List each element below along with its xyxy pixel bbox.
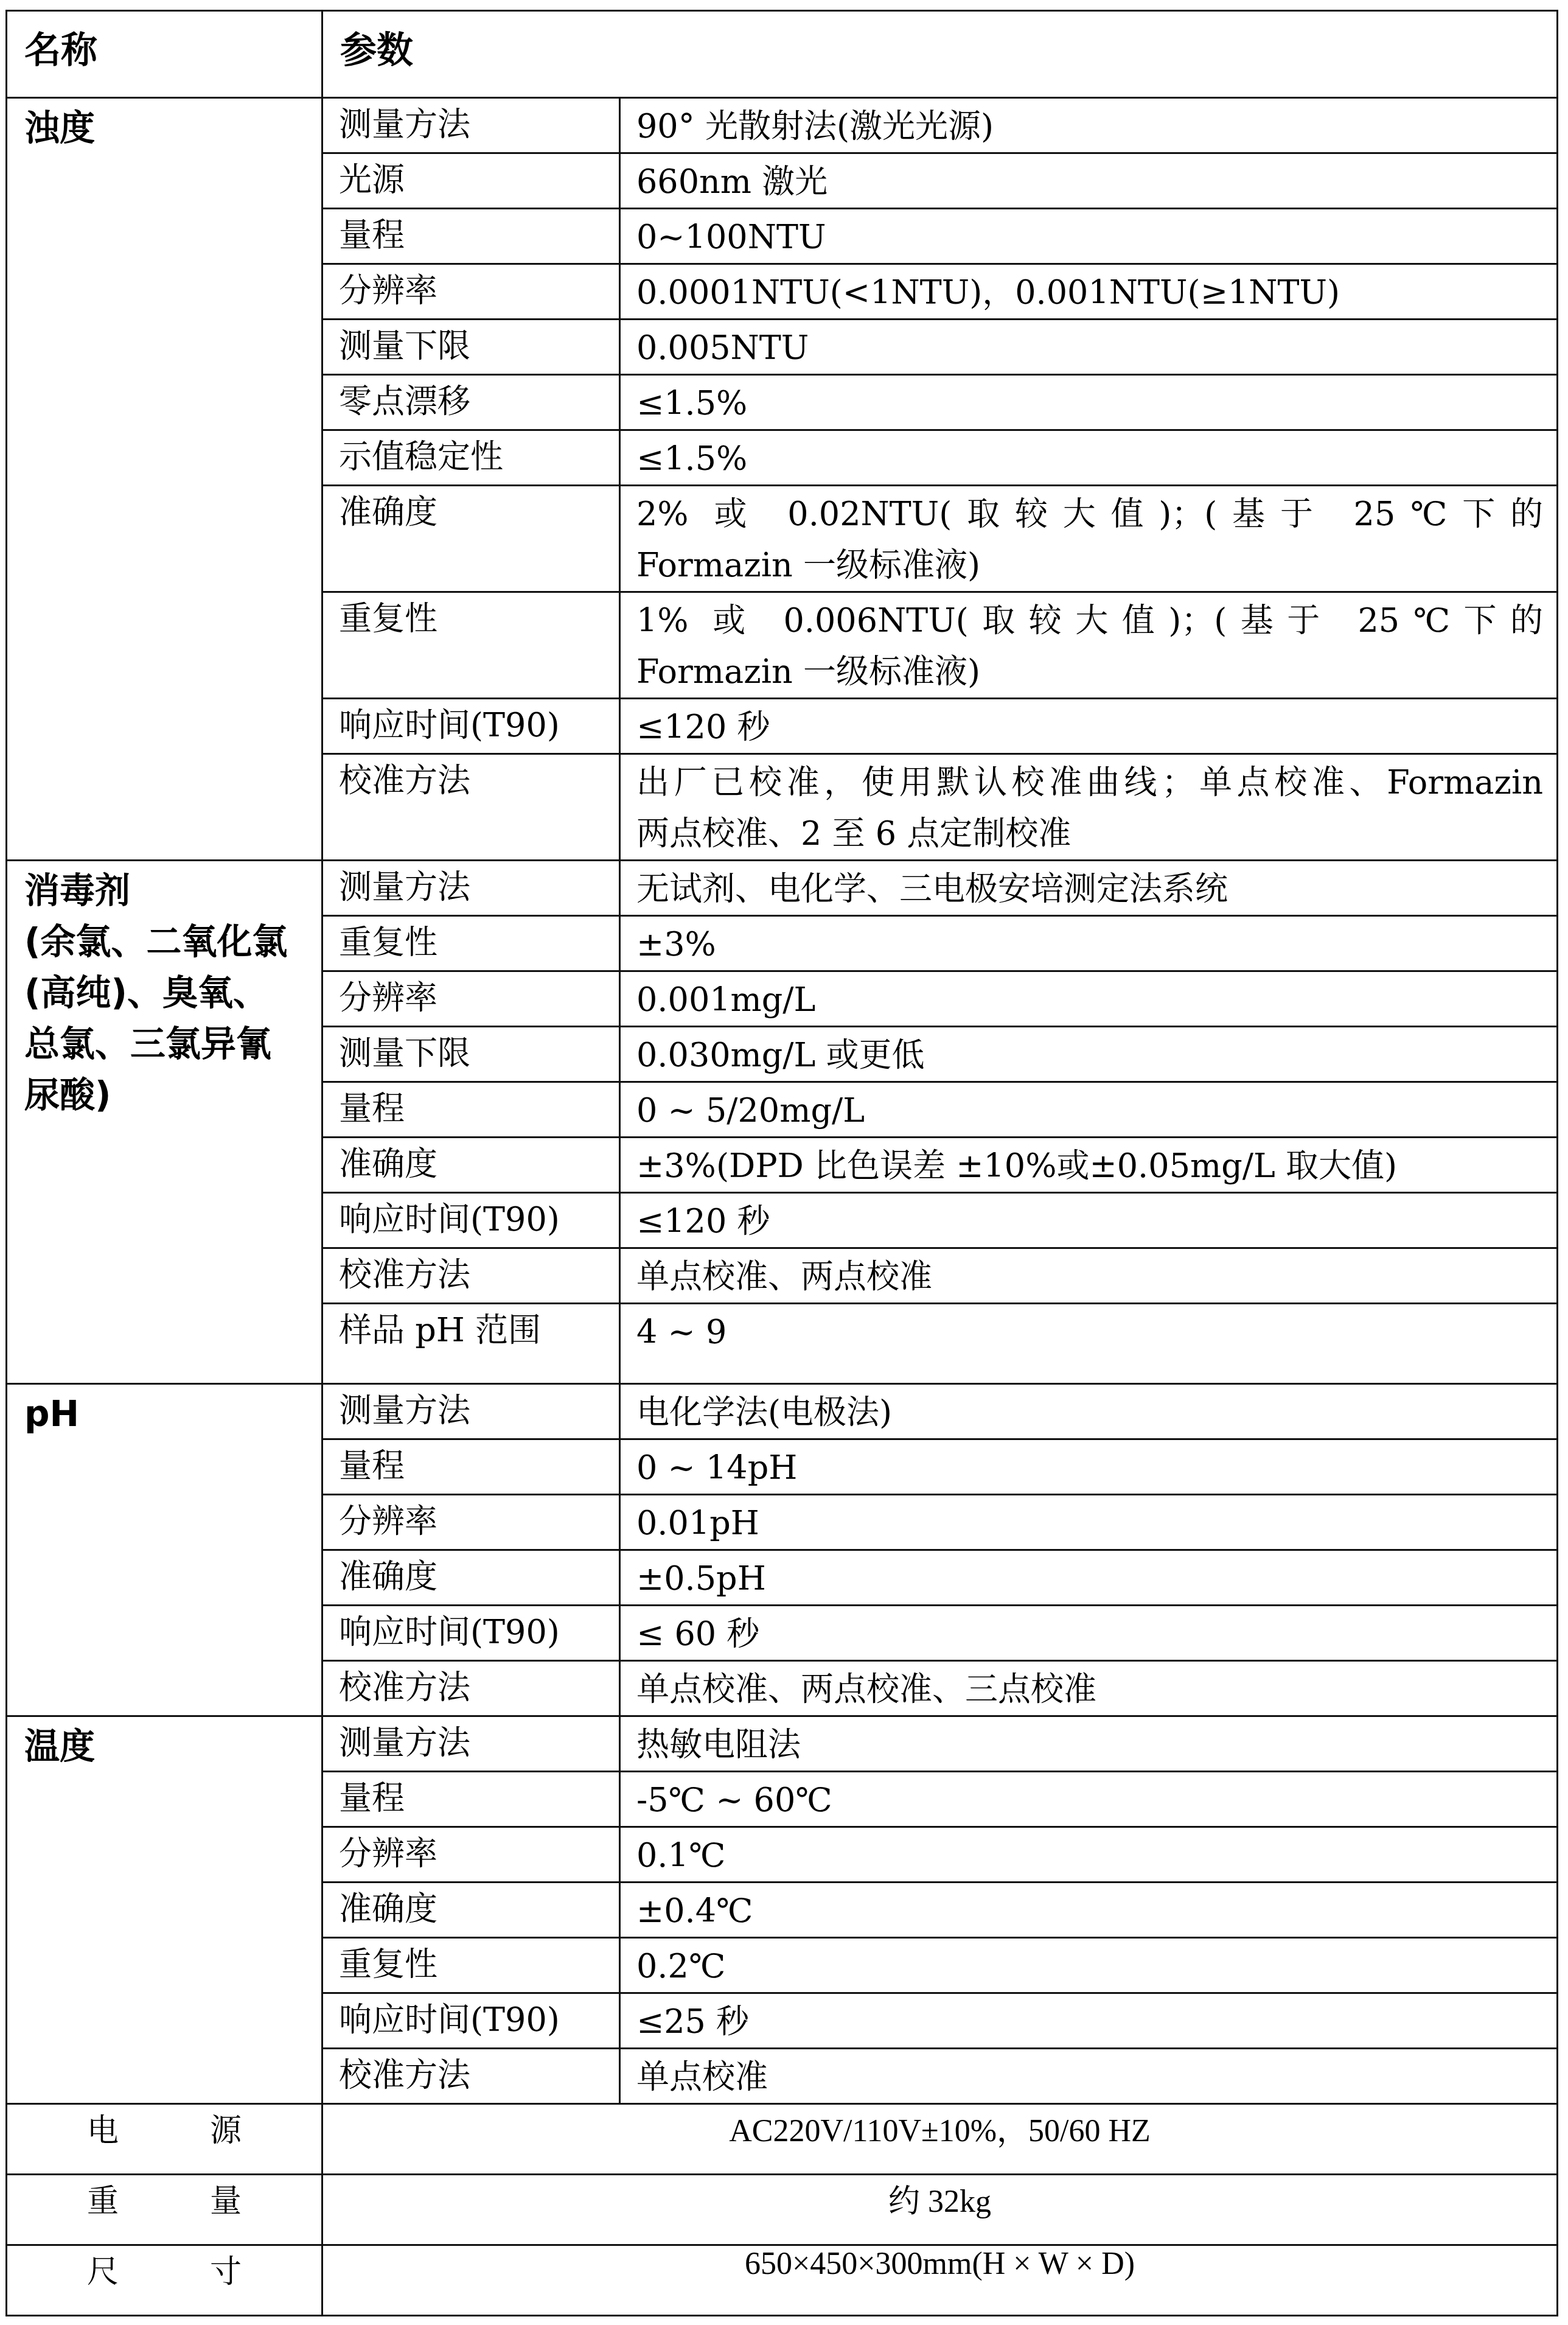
section-disinfectant: 消毒剂 (余氯、二氧化氯 (高纯)、臭氧、 总氯、三氯异氰 尿酸)	[7, 861, 322, 1384]
param-value: ≤1.5%	[621, 376, 1556, 429]
param-label: 校准方法	[323, 2049, 619, 2099]
table-row-dimensions: 尺寸 650×450×300mm(H × W × D)	[7, 2245, 1558, 2316]
param-label: 准确度	[323, 486, 619, 536]
section-name: pH	[7, 1385, 321, 1439]
section-name: 温度	[7, 1717, 321, 1772]
param-label: 重复性	[323, 1939, 619, 1988]
general-label: 尺寸	[7, 2246, 321, 2292]
general-label: 重量	[7, 2175, 321, 2221]
param-value: 660nm 激光	[621, 154, 1556, 208]
table-row-power: 电源 AC220V/110V±10%，50/60 HZ	[7, 2104, 1558, 2175]
param-value: ±0.4℃	[621, 1883, 1556, 1937]
param-label: 响应时间(T90)	[323, 1606, 619, 1656]
param-label: 重复性	[323, 917, 619, 967]
param-label: 准确度	[323, 1551, 619, 1601]
param-label: 示值稳定性	[323, 431, 619, 481]
param-value: ±0.5pH	[621, 1551, 1556, 1604]
param-value: 0 ~ 5/20mg/L	[621, 1083, 1556, 1136]
general-value: 约 32kg	[323, 2175, 1556, 2221]
param-label: 测量方法	[323, 1717, 619, 1767]
general-value: AC220V/110V±10%，50/60 HZ	[323, 2105, 1556, 2150]
param-value: 单点校准	[621, 2049, 1556, 2103]
header-param: 参数	[323, 12, 1556, 74]
param-value: 2% 或 0.02NTU(取较大值)；(基于 25℃下的 Formazin 一级…	[621, 486, 1556, 591]
general-label: 电源	[7, 2105, 321, 2150]
param-label: 样品 pH 范围	[323, 1304, 619, 1354]
general-value: 650×450×300mm(H × W × D)	[323, 2246, 1556, 2282]
param-label: 响应时间(T90)	[323, 1994, 619, 2044]
param-label: 测量下限	[323, 1027, 619, 1077]
param-value: 热敏电阻法	[621, 1717, 1556, 1771]
param-value: 单点校准、两点校准、三点校准	[621, 1662, 1556, 1715]
table-row: pH 测量方法 电化学法(电极法)	[7, 1384, 1558, 1439]
param-value: 0~100NTU	[621, 209, 1556, 263]
param-label: 量程	[323, 1772, 619, 1822]
param-value: 0.001mg/L	[621, 972, 1556, 1026]
param-value: ≤120 秒	[621, 1194, 1556, 1247]
param-value: ≤25 秒	[621, 1994, 1556, 2047]
param-value: 0.030mg/L 或更低	[621, 1027, 1556, 1081]
table-row-weight: 重量 约 32kg	[7, 2175, 1558, 2245]
param-label: 准确度	[323, 1138, 619, 1188]
param-label: 测量方法	[323, 99, 619, 149]
param-label: 响应时间(T90)	[323, 699, 619, 749]
param-value: 0.1℃	[621, 1828, 1556, 1881]
param-value: ≤ 60 秒	[621, 1606, 1556, 1660]
param-value: ±3%(DPD 比色误差 ±10%或±0.05mg/L 取大值)	[621, 1138, 1556, 1192]
param-label: 响应时间(T90)	[323, 1194, 619, 1243]
section-name: 消毒剂 (余氯、二氧化氯 (高纯)、臭氧、 总氯、三氯异氰 尿酸)	[7, 861, 321, 1121]
spec-table: 名称 参数 浊度 测量方法 90° 光散射法(激光光源) 光源 660nm 激光…	[5, 10, 1558, 2316]
param-label: 量程	[323, 1083, 619, 1133]
param-value: 0 ~ 14pH	[621, 1440, 1556, 1494]
param-value: ≤120 秒	[621, 699, 1556, 753]
param-label: 校准方法	[323, 755, 619, 805]
section-turbidity: 浊度	[7, 98, 322, 861]
section-temperature: 温度	[7, 1716, 322, 2104]
param-label: 光源	[323, 154, 619, 204]
section-ph: pH	[7, 1384, 322, 1716]
param-label: 准确度	[323, 1883, 619, 1933]
param-label: 分辨率	[323, 1828, 619, 1878]
header-row: 名称 参数	[7, 11, 1558, 98]
header-name-cell: 名称	[7, 11, 322, 98]
param-value: 电化学法(电极法)	[621, 1385, 1556, 1438]
param-label: 零点漂移	[323, 376, 619, 425]
param-value: -5℃ ~ 60℃	[621, 1772, 1556, 1826]
param-value: ≤1.5%	[621, 431, 1556, 484]
param-label: 分辨率	[323, 1495, 619, 1545]
param-value: 1% 或 0.006NTU(取较大值)；(基于 25℃下的 Formazin 一…	[621, 593, 1556, 697]
param-label: 分辨率	[323, 972, 619, 1022]
param-value: 单点校准、两点校准	[621, 1249, 1556, 1302]
param-value: 4 ~ 9	[621, 1304, 1556, 1358]
table-row: 消毒剂 (余氯、二氧化氯 (高纯)、臭氧、 总氯、三氯异氰 尿酸) 测量方法 无…	[7, 861, 1558, 916]
param-value: 0.005NTU	[621, 320, 1556, 374]
param-value: 出厂已校准，使用默认校准曲线；单点校准、Formazin 两点校准、2 至 6 …	[621, 755, 1556, 859]
param-label: 测量方法	[323, 861, 619, 911]
param-value: 90° 光散射法(激光光源)	[621, 99, 1556, 152]
table-row: 温度 测量方法 热敏电阻法	[7, 1716, 1558, 1772]
param-label: 测量方法	[323, 1385, 619, 1435]
header-name: 名称	[7, 12, 321, 74]
param-value: 0.01pH	[621, 1495, 1556, 1549]
param-value: ±3%	[621, 917, 1556, 970]
param-value: 0.0001NTU(<1NTU)，0.001NTU(≥1NTU)	[621, 265, 1556, 318]
section-name: 浊度	[7, 99, 321, 153]
param-label: 量程	[323, 1440, 619, 1490]
param-label: 测量下限	[323, 320, 619, 370]
param-value: 0.2℃	[621, 1939, 1556, 1992]
param-label: 分辨率	[323, 265, 619, 315]
param-label: 重复性	[323, 593, 619, 643]
table-row: 浊度 测量方法 90° 光散射法(激光光源)	[7, 98, 1558, 153]
param-label: 量程	[323, 209, 619, 259]
param-value: 无试剂、电化学、三电极安培测定法系统	[621, 861, 1556, 915]
param-label: 校准方法	[323, 1249, 619, 1299]
header-param-cell: 参数	[322, 11, 1558, 98]
param-label: 校准方法	[323, 1662, 619, 1711]
